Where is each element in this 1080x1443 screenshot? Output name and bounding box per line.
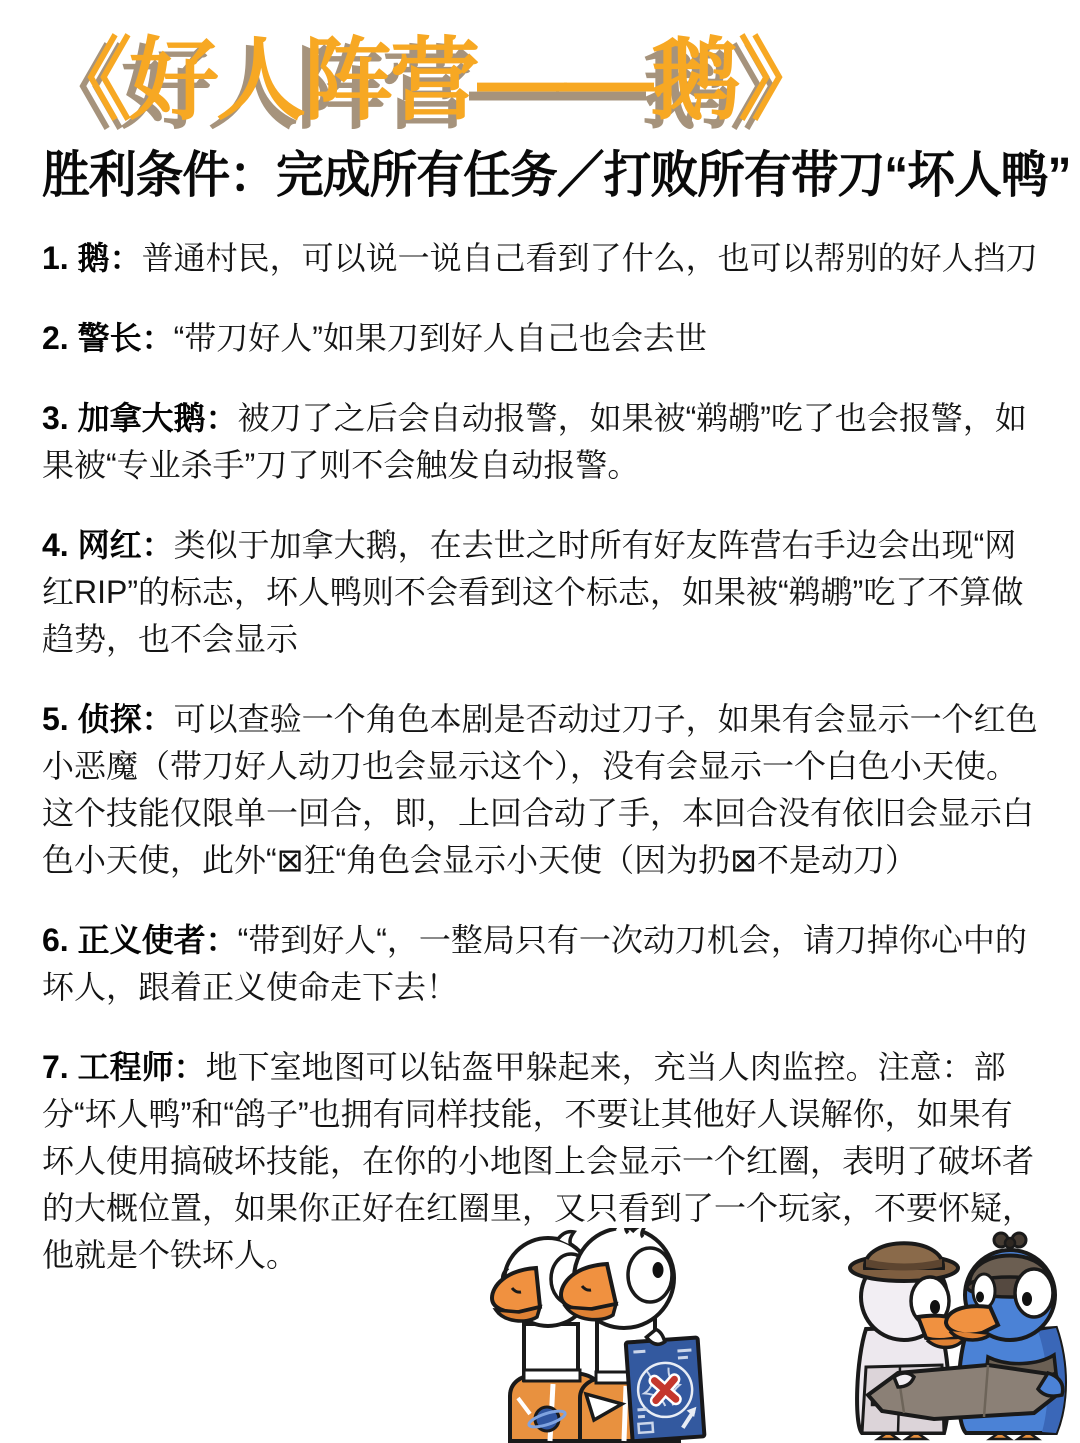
role-item-detective: 5. 侦探：可以查验一个角色本剧是否动过刀子，如果有会显示一个红色小恶魔（带刀好…: [42, 696, 1042, 884]
role-list: 1. 鹅：普通村民，可以说一说自己看到了什么，也可以帮别的好人挡刀 2. 警长：…: [42, 235, 1042, 1279]
role-label: 7. 工程师：: [42, 1049, 206, 1085]
role-desc: 普通村民，可以说一说自己看到了什么，也可以帮别的好人挡刀: [142, 240, 1038, 276]
role-item-sheriff: 2. 警长：“带刀好人”如果刀到好人自己也会去世: [42, 315, 1042, 362]
role-label: 4. 网红：: [42, 527, 174, 563]
page-title: 《好人阵营——鹅》: [42, 32, 1042, 131]
gray-map-icon: [868, 1365, 1063, 1419]
poster: 《好人阵营——鹅》 胜利条件：完成所有任务／打败所有带刀“坏人鸭” 1. 鹅：普…: [0, 0, 1080, 1279]
victory-condition: 胜利条件：完成所有任务／打败所有带刀“坏人鸭”: [42, 147, 997, 205]
eye-icon: [973, 1274, 995, 1308]
role-label: 1. 鹅：: [42, 240, 142, 276]
role-label: 3. 加拿大鹅：: [42, 400, 238, 436]
astronaut-geese-illustration: [474, 1228, 709, 1443]
role-label: 2. 警长：: [42, 320, 174, 356]
bottom-illustrations: [0, 1227, 1080, 1443]
role-desc: 可以查验一个角色本剧是否动过刀子，如果有会显示一个红色小恶魔（带刀好人动刀也会显…: [42, 701, 1038, 878]
eye-icon: [1015, 1269, 1053, 1317]
eye-icon: [628, 1248, 672, 1302]
role-item-avenger: 6. 正义使者：“带到好人“，一整局只有一次动刀机会，请刀掉你心中的坏人，跟着正…: [42, 917, 1042, 1011]
beak-icon: [946, 1306, 998, 1334]
role-item-goose: 1. 鹅：普通村民，可以说一说自己看到了什么，也可以帮别的好人挡刀: [42, 235, 1042, 282]
role-item-celebrity: 4. 网红：类似于加拿大鹅，在去世之时所有好友阵营右手边会出现“网红RIP”的标…: [42, 522, 1042, 663]
role-item-canadian-goose: 3. 加拿大鹅：被刀了之后会自动报警，如果被“鹈鹕”吃了也会报警，如果被“专业杀…: [42, 395, 1042, 489]
detective-geese-illustration: [838, 1227, 1078, 1442]
blue-map-icon: [625, 1327, 704, 1442]
role-label: 5. 侦探：: [42, 701, 174, 737]
role-desc: 类似于加拿大鹅，在去世之时所有好友阵营右手边会出现“网红RIP”的标志，坏人鸭则…: [42, 527, 1023, 657]
role-label: 6. 正义使者：: [42, 922, 238, 958]
role-desc: “带刀好人”如果刀到好人自己也会去世: [174, 320, 707, 356]
